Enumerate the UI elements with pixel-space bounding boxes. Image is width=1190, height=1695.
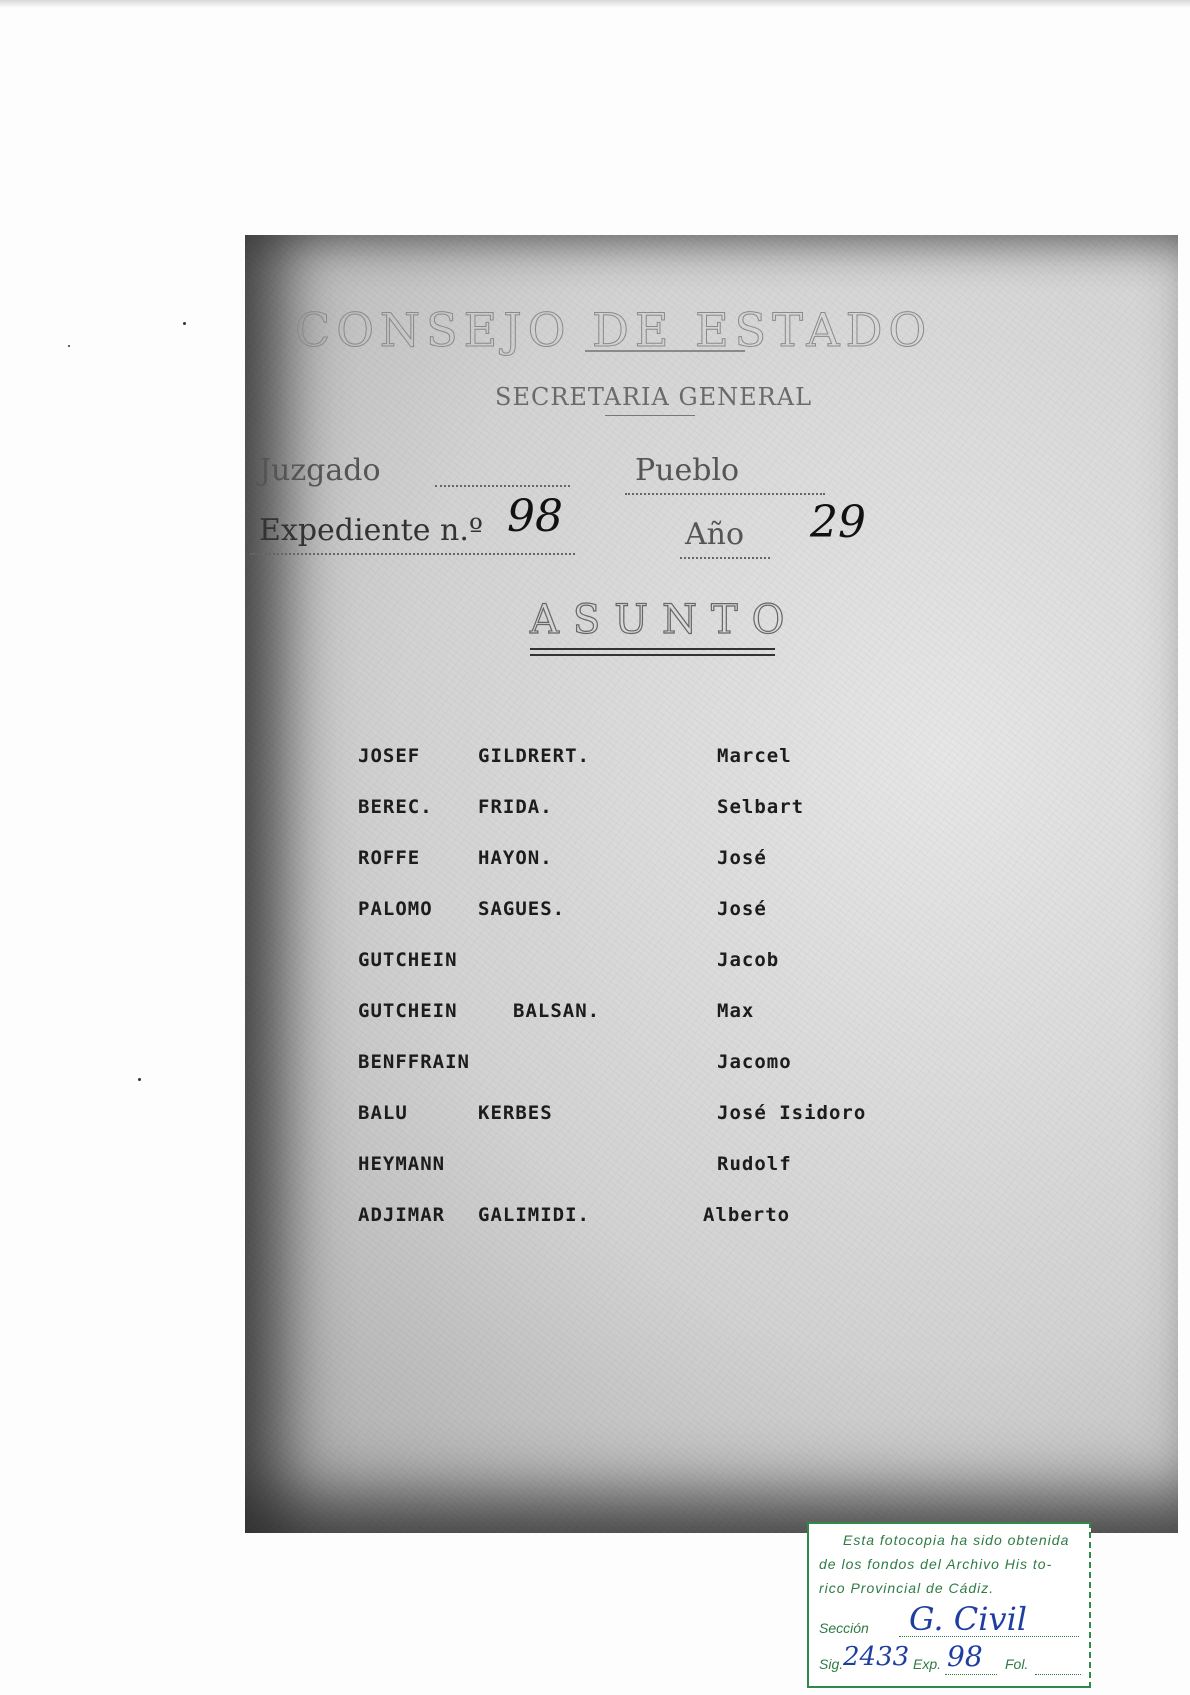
given-name: Marcel — [717, 745, 792, 767]
surname-2: BALSAN. — [513, 1000, 600, 1022]
surname-2: GILDRERT. — [478, 745, 590, 767]
scan-speck — [68, 345, 70, 347]
surname-1: GUTCHEIN — [358, 949, 458, 971]
pueblo-label: Pueblo — [635, 453, 739, 488]
letterhead-title: CONSEJO DE ESTADO — [295, 303, 1115, 357]
surname-1: ADJIMAR — [358, 1204, 445, 1226]
surname-1: ROFFE — [358, 847, 420, 869]
sig-label: Sig. — [819, 1656, 843, 1672]
expediente-label: Expediente n.º — [259, 513, 483, 548]
letterhead-subtitle: SECRETARIA GENERAL — [495, 383, 812, 411]
surname-2: HAYON. — [478, 847, 553, 869]
sig-value: 2433 — [843, 1642, 909, 1672]
stamp-text-line3: rico Provincial de Cádiz. — [819, 1580, 994, 1596]
surname-2: GALIMIDI. — [478, 1204, 590, 1226]
seccion-label: Sección — [819, 1620, 869, 1636]
surname-2: FRIDA. — [478, 796, 553, 818]
given-name: Jacomo — [717, 1051, 792, 1073]
given-name: José — [717, 847, 767, 869]
given-name: Selbart — [717, 796, 804, 818]
ano-label: Año — [685, 517, 744, 552]
surname-1: BEREC. — [358, 796, 433, 818]
surname-2: KERBES — [478, 1102, 553, 1124]
seccion-value: G. Civil — [909, 1600, 1027, 1638]
expediente-field — [250, 553, 575, 555]
juzgado-label: Juzgado — [259, 453, 381, 488]
exp-line — [945, 1674, 997, 1675]
surname-1: HEYMANN — [358, 1153, 445, 1175]
ano-value: 29 — [810, 497, 866, 548]
scan-speck — [138, 1078, 141, 1081]
document-sheet: CONSEJO DE ESTADO SECRETARIA GENERAL Juz… — [245, 235, 1178, 1533]
surname-1: BENFFRAIN — [358, 1051, 470, 1073]
ano-field — [680, 557, 770, 559]
archive-stamp: Esta fotocopia ha sido obtenida de los f… — [807, 1522, 1091, 1688]
surname-1: GUTCHEIN — [358, 1000, 458, 1022]
subtitle-rule — [605, 415, 695, 416]
fol-label: Fol. — [1005, 1656, 1028, 1672]
surname-1: BALU — [358, 1102, 408, 1124]
expediente-number: 98 — [507, 491, 563, 542]
asunto-underline — [530, 648, 775, 650]
surname-1: JOSEF — [358, 745, 420, 767]
scan-speck — [183, 322, 186, 325]
exp-value: 98 — [947, 1640, 983, 1673]
scan-top-edge — [0, 0, 1190, 8]
juzgado-field — [435, 485, 570, 487]
paper-texture — [245, 235, 1178, 1533]
pueblo-field — [625, 493, 825, 495]
given-name: Alberto — [703, 1204, 790, 1226]
stamp-text-line1: Esta fotocopia ha sido obtenida — [843, 1532, 1069, 1548]
given-name: José — [717, 898, 767, 920]
asunto-heading: ASUNTO — [530, 597, 798, 643]
exp-label: Exp. — [913, 1656, 941, 1672]
asunto-underline — [530, 654, 775, 656]
given-name: José Isidoro — [717, 1102, 866, 1124]
given-name: Rudolf — [717, 1153, 792, 1175]
fol-line — [1035, 1674, 1081, 1675]
letterhead-ornament — [585, 350, 745, 352]
given-name: Jacob — [717, 949, 779, 971]
surname-2: SAGUES. — [478, 898, 565, 920]
surname-1: PALOMO — [358, 898, 433, 920]
stamp-text-line2: de los fondos del Archivo His to- — [819, 1556, 1052, 1572]
given-name: Max — [717, 1000, 754, 1022]
